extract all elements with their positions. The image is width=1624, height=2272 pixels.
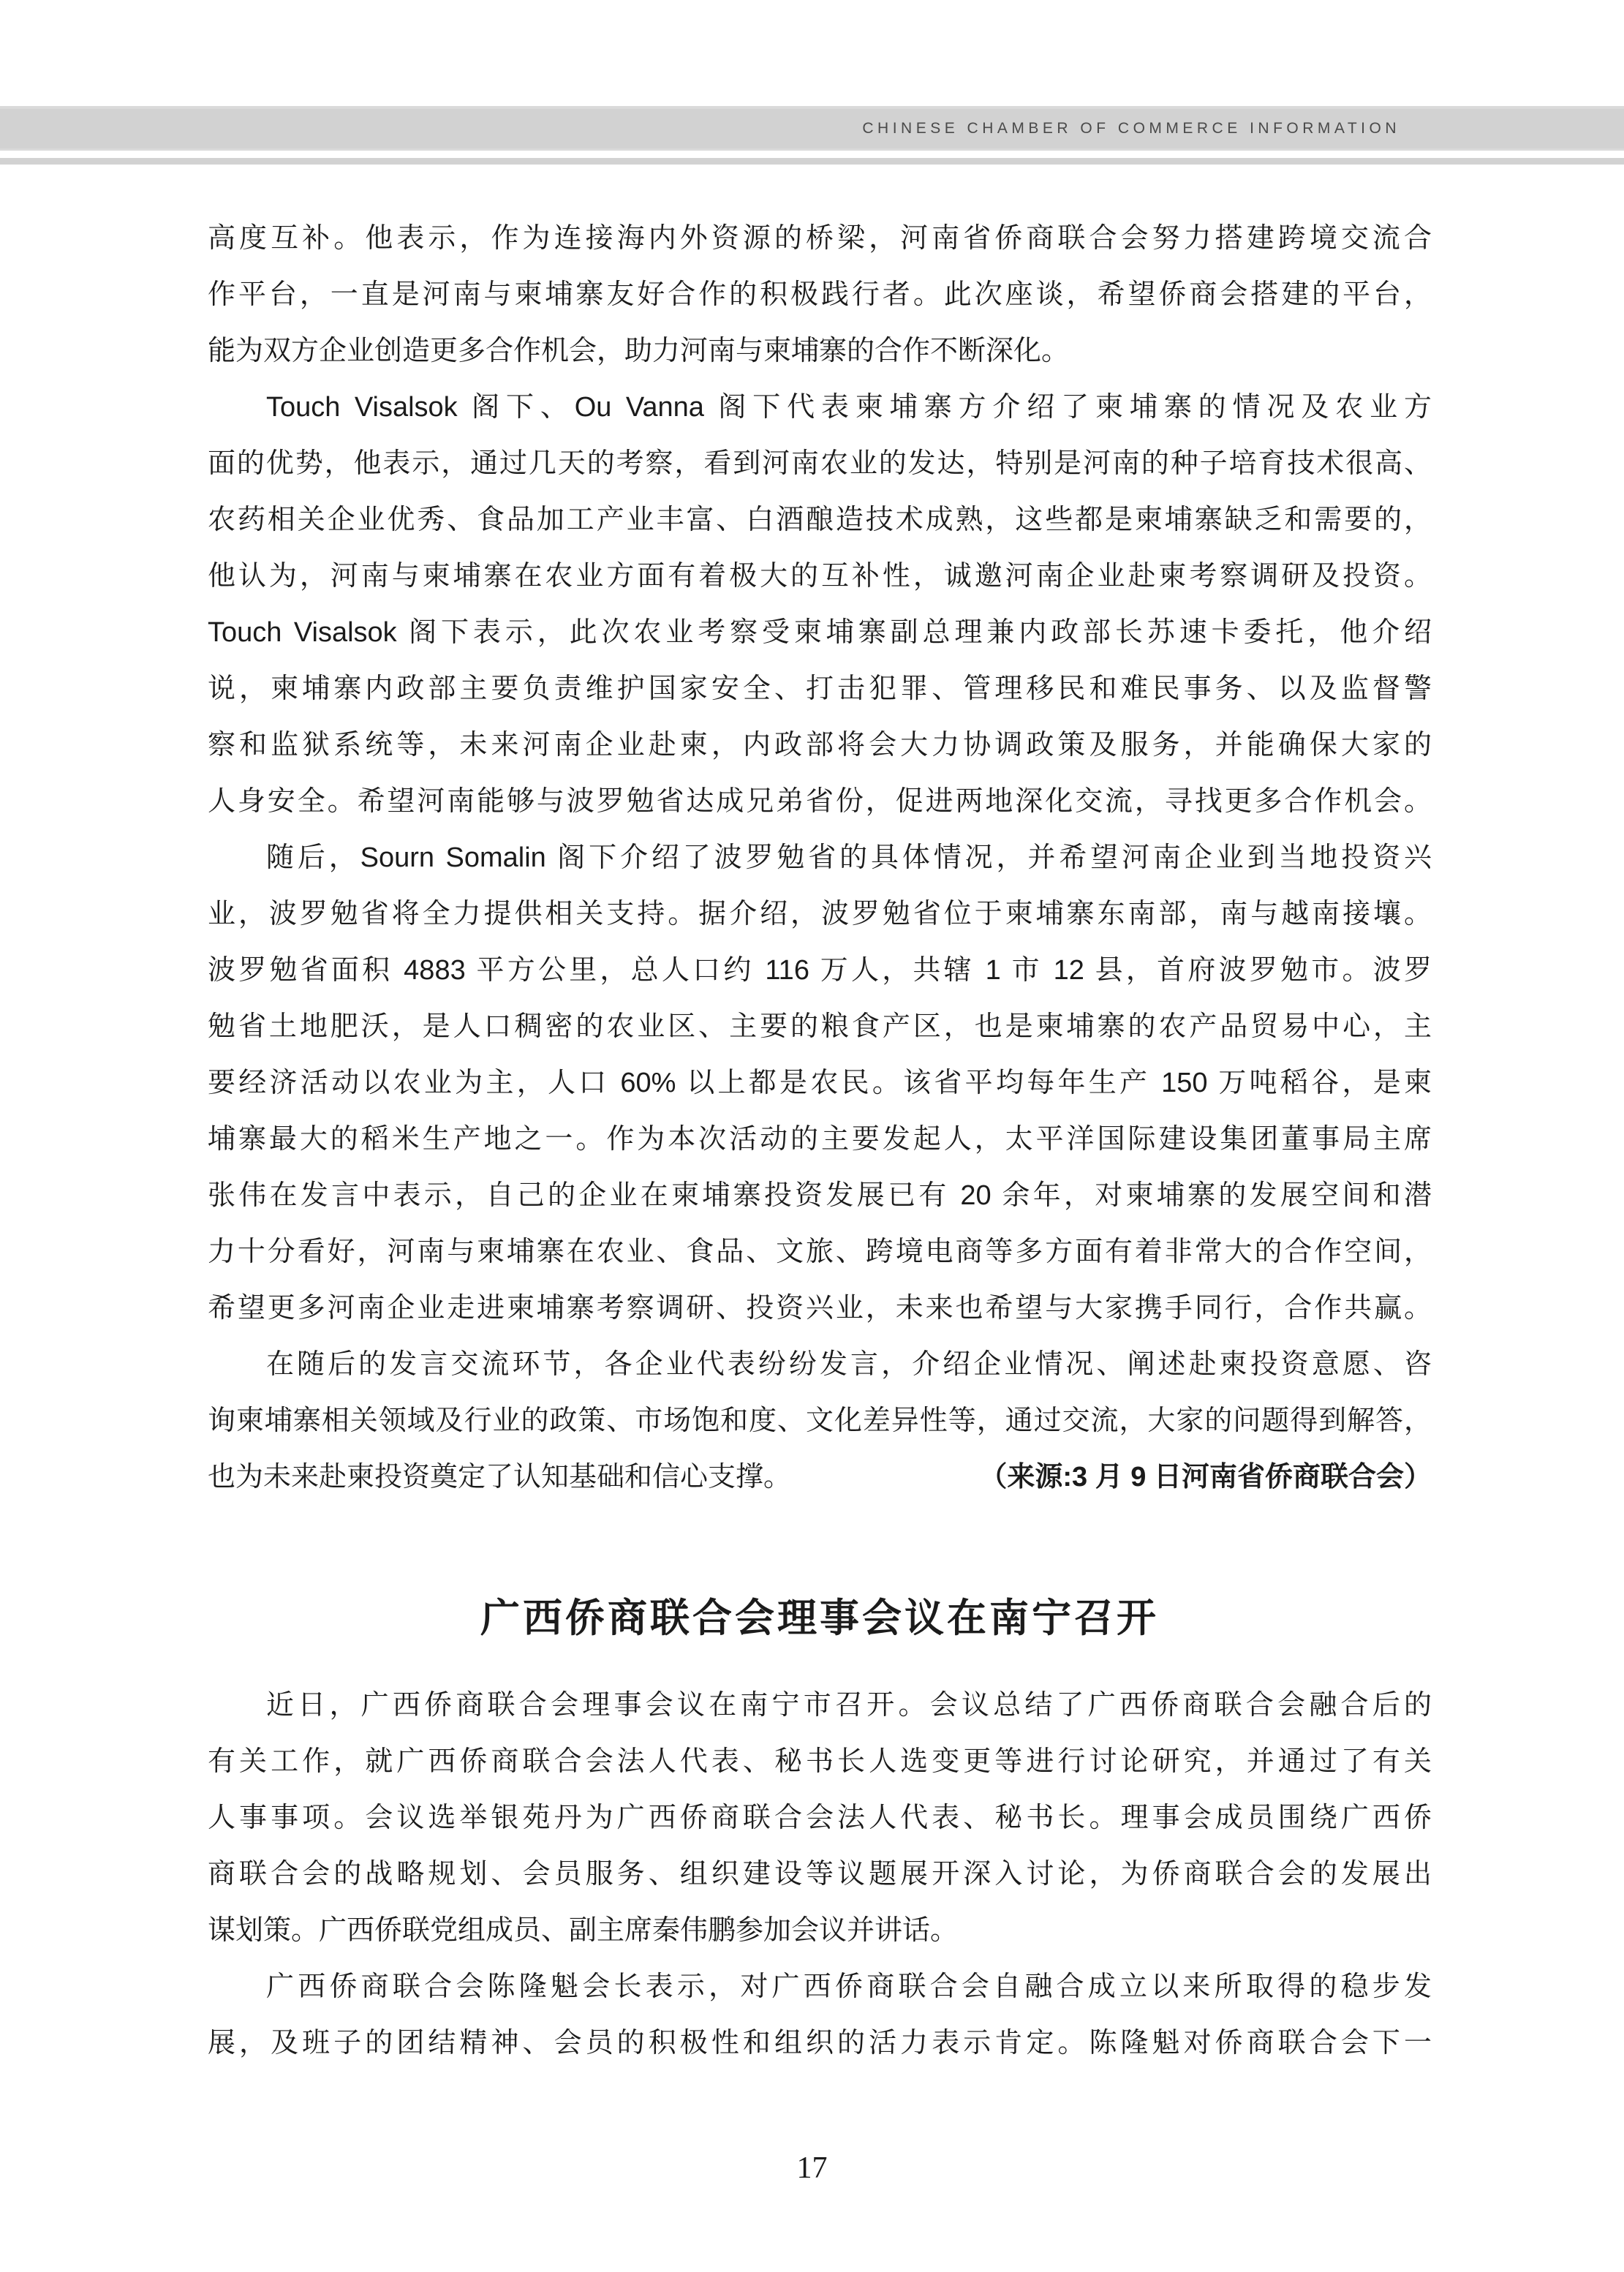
body-text-line: Touch Visalsok 阁下表示，此次农业考察受柬埔寨副总理兼内政部长苏速… — [208, 605, 1432, 661]
article1-body: 高度互补。他表示，作为连接海内外资源的桥梁，河南省侨商联合会努力搭建跨境交流合 … — [208, 211, 1432, 1506]
body-text-line: 能为双方企业创造更多合作机会，助力河南与柬埔寨的合作不断深化。 — [208, 323, 1432, 380]
body-text-line: 业，波罗勉省将全力提供相关支持。据介绍，波罗勉省位于柬埔寨东南部，南与越南接壤。 — [208, 886, 1432, 943]
source-attribution: （来源:3 月 9 日河南省侨商联合会） — [979, 1449, 1432, 1506]
body-text-line: 也为未来赴柬投资奠定了认知基础和信心支撑。 — [208, 1449, 791, 1506]
body-text-line: Touch Visalsok 阁下、Ou Vanna 阁下代表柬埔寨方介绍了柬埔… — [208, 380, 1432, 436]
body-text-line: 面的优势，他表示，通过几天的考察，看到河南农业的发达，特别是河南的种子培育技术很… — [208, 436, 1432, 492]
closing-line: 也为未来赴柬投资奠定了认知基础和信心支撑。 （来源:3 月 9 日河南省侨商联合… — [208, 1449, 1432, 1506]
body-text-line: 展，及班子的团结精神、会员的积极性和组织的活力表示肯定。陈隆魁对侨商联合会下一 — [208, 2015, 1432, 2072]
body-text-line: 波罗勉省面积 4883 平方公里，总人口约 116 万人，共辖 1 市 12 县… — [208, 943, 1432, 999]
body-text-line: 力十分看好，河南与柬埔寨在农业、食品、文旅、跨境电商等多方面有着非常大的合作空间… — [208, 1224, 1432, 1280]
body-text-line: 谋划策。广西侨联党组成员、副主席秦伟鹏参加会议并讲话。 — [208, 1903, 1432, 1959]
body-text-line: 他认为，河南与柬埔寨在农业方面有着极大的互补性，诚邀河南企业赴柬考察调研及投资。 — [208, 548, 1432, 605]
body-text-line: 有关工作，就广西侨商联合会法人代表、秘书长人选变更等进行讨论研究，并通过了有关 — [208, 1734, 1432, 1790]
body-text-line: 勉省土地肥沃，是人口稠密的农业区、主要的粮食产区，也是柬埔寨的农产品贸易中心，主 — [208, 999, 1432, 1055]
body-text-line: 张伟在发言中表示，自己的企业在柬埔寨投资发展已有 20 余年，对柬埔寨的发展空间… — [208, 1168, 1432, 1224]
header-banner: CHINESE CHAMBER OF COMMERCE INFORMATION — [0, 106, 1624, 151]
body-text-line: 随后，Sourn Somalin 阁下介绍了波罗勉省的具体情况，并希望河南企业到… — [208, 830, 1432, 886]
article2-body: 近日，广西侨商联合会理事会议在南宁市召开。会议总结了广西侨商联合会融合后的 有关… — [208, 1677, 1432, 2072]
body-text-line: 商联合会的战略规划、会员服务、组织建设等议题展开深入讨论，为侨商联合会的发展出 — [208, 1846, 1432, 1903]
body-text-line: 说，柬埔寨内政部主要负责维护国家安全、打击犯罪、管理移民和难民事务、以及监督警 — [208, 661, 1432, 717]
body-text-line: 人事事项。会议选举银苑丹为广西侨商联合会法人代表、秘书长。理事会成员围绕广西侨 — [208, 1790, 1432, 1846]
page-number: 17 — [0, 2153, 1624, 2184]
header-divider-strip — [0, 158, 1624, 165]
body-text-line: 近日，广西侨商联合会理事会议在南宁市召开。会议总结了广西侨商联合会融合后的 — [208, 1677, 1432, 1734]
body-text-line: 要经济活动以农业为主，人口 60% 以上都是农民。该省平均每年生产 150 万吨… — [208, 1055, 1432, 1112]
body-text-line: 农药相关企业优秀、食品加工产业丰富、白酒酿造技术成熟，这些都是柬埔寨缺乏和需要的… — [208, 492, 1432, 548]
banner-title: CHINESE CHAMBER OF COMMERCE INFORMATION — [862, 120, 1624, 137]
body-text-line: 询柬埔寨相关领域及行业的政策、市场饱和度、文化差异性等，通过交流，大家的问题得到… — [208, 1393, 1432, 1449]
body-text-line: 人身安全。希望河南能够与波罗勉省达成兄弟省份，促进两地深化交流，寻找更多合作机会… — [208, 774, 1432, 830]
body-text-line: 广西侨商联合会陈隆魁会长表示，对广西侨商联合会自融合成立以来所取得的稳步发 — [208, 1959, 1432, 2015]
body-text-line: 希望更多河南企业走进柬埔寨考察调研、投资兴业，未来也希望与大家携手同行，合作共赢… — [208, 1280, 1432, 1337]
body-text-line: 高度互补。他表示，作为连接海内外资源的桥梁，河南省侨商联合会努力搭建跨境交流合 — [208, 211, 1432, 267]
body-text-line: 作平台，一直是河南与柬埔寨友好合作的积极践行者。此次座谈，希望侨商会搭建的平台， — [208, 267, 1432, 323]
body-text-line: 埔寨最大的稻米生产地之一。作为本次活动的主要发起人，太平洋国际建设集团董事局主席 — [208, 1112, 1432, 1168]
article-title: 广西侨商联合会理事会议在南宁召开 — [208, 1593, 1432, 1644]
body-text-line: 察和监狱系统等，未来河南企业赴柬，内政部将会大力协调政策及服务，并能确保大家的 — [208, 717, 1432, 774]
body-text-line: 在随后的发言交流环节，各企业代表纷纷发言，介绍企业情况、阐述赴柬投资意愿、咨 — [208, 1337, 1432, 1393]
